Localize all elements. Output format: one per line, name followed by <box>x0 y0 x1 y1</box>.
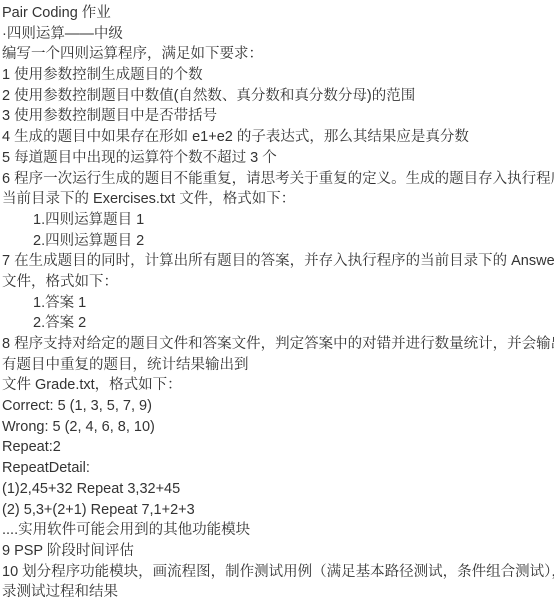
text-line: Repeat:2 <box>2 437 554 458</box>
text-line: Wrong: 5 (2, 4, 6, 8, 10) <box>2 417 554 438</box>
list-item: 1.答案 1 <box>2 293 554 314</box>
text-line: ....实用软件可能会用到的其他功能模块 <box>2 520 554 541</box>
doc-title-line: Pair Coding 作业 <box>2 3 554 24</box>
text-line: 8 程序支持对给定的题目文件和答案文件，判定答案中的对错并进行数量统计，并会输出… <box>2 334 554 355</box>
text-line: 编写一个四则运算程序，满足如下要求： <box>2 44 554 65</box>
list-item: 2.答案 2 <box>2 313 554 334</box>
text-line: 录测试过程和结果 <box>2 582 554 603</box>
text-line: (2) 5,3+(2+1) Repeat 7,1+2+3 <box>2 500 554 521</box>
text-line: 当前目录下的 Exercises.txt 文件，格式如下： <box>2 189 554 210</box>
text-line: 3 使用参数控制题目中是否带括号 <box>2 106 554 127</box>
text-line: RepeatDetail: <box>2 458 554 479</box>
text-line: 10 划分程序功能模块，画流程图，制作测试用例（满足基本路径测试，条件组合测试）… <box>2 562 554 583</box>
text-line: 2 使用参数控制题目中数值(自然数、真分数和真分数分母)的范围 <box>2 86 554 107</box>
text-line: (1)2,45+32 Repeat 3,32+45 <box>2 479 554 500</box>
text-line: 有题目中重复的题目，统计结果输出到 <box>2 355 554 376</box>
text-line: 1 使用参数控制生成题目的个数 <box>2 65 554 86</box>
text-line: 6 程序一次运行生成的题目不能重复，请思考关于重复的定义。生成的题目存入执行程序… <box>2 169 554 190</box>
text-line: 4 生成的题目中如果存在形如 e1+e2 的子表达式，那么其结果应是真分数 <box>2 127 554 148</box>
text-line: ·四则运算——中级 <box>2 24 554 45</box>
text-line: 5 每道题目中出现的运算符个数不超过 3 个 <box>2 148 554 169</box>
text-line: 文件 Grade.txt，格式如下： <box>2 375 554 396</box>
list-item: 1.四则运算题目 1 <box>2 210 554 231</box>
text-line: Correct: 5 (1, 3, 5, 7, 9) <box>2 396 554 417</box>
document-page: Pair Coding 作业 ·四则运算——中级 编写一个四则运算程序，满足如下… <box>0 0 554 603</box>
text-line: 9 PSP 阶段时间评估 <box>2 541 554 562</box>
list-item: 2.四则运算题目 2 <box>2 231 554 252</box>
text-line: 7 在生成题目的同时，计算出所有题目的答案，并存入执行程序的当前目录下的 Ans… <box>2 251 554 272</box>
text-line: 文件，格式如下： <box>2 272 554 293</box>
